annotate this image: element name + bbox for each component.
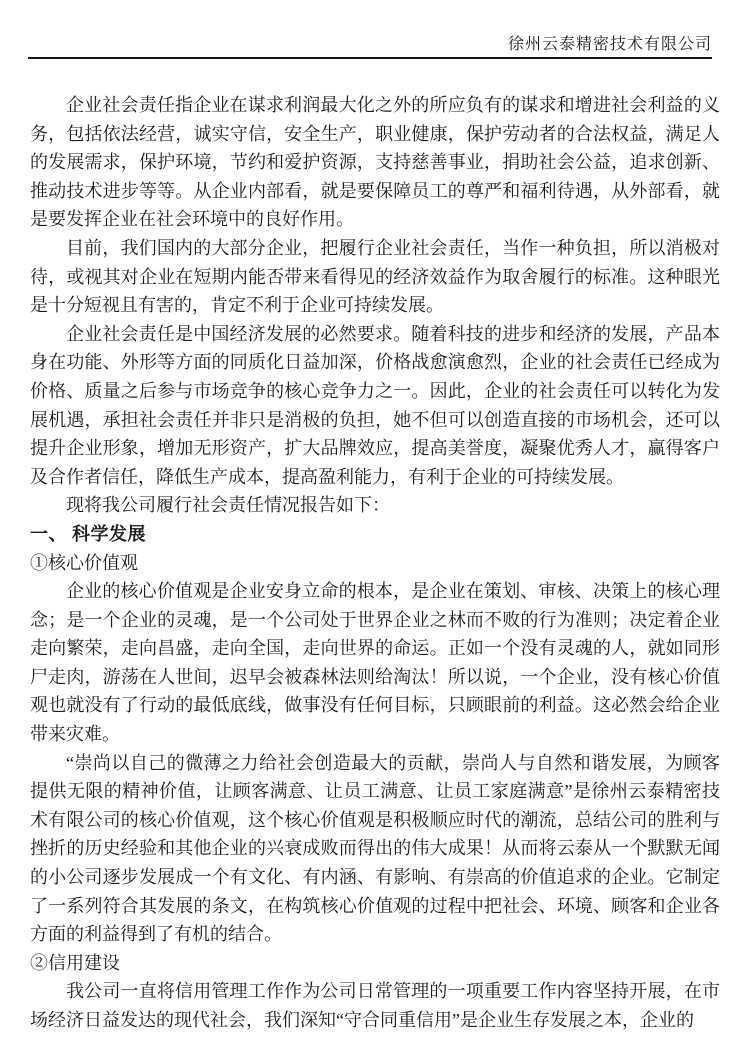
header-company-name: 徐州云泰精密技术有限公司	[508, 36, 712, 53]
subsection-heading-core-values: ①核心价值观	[30, 549, 720, 578]
body-paragraph: 目前，我们国内的大部分企业，把履行企业社会责任，当作一种负担，所以消极对待，或视…	[30, 234, 720, 320]
body-paragraph: “崇尚以自己的微薄之力给社会创造最大的贡献，崇尚人与自然和谐发展，为顾客提供无限…	[30, 749, 720, 949]
body-paragraph: 我公司一直将信用管理工作作为公司日常管理的一项重要工作内容坚持开展，在市场经济日…	[30, 977, 720, 1034]
subsection-heading-credit-building: ②信用建设	[30, 949, 720, 978]
page-header: 徐州云泰精密技术有限公司	[28, 36, 712, 59]
body-paragraph: 企业社会责任指企业在谋求利润最大化之外的所应负有的谋求和增进社会利益的义务，包括…	[30, 91, 720, 234]
section-heading-science-development: 一、 科学发展	[30, 520, 720, 549]
body-paragraph: 现将我公司履行社会责任情况报告如下：	[30, 491, 720, 520]
body-paragraph: 企业的核心价值观是企业安身立命的根本，是企业在策划、审核、决策上的核心理念；是一…	[30, 577, 720, 749]
body-paragraph: 企业社会责任是中国经济发展的必然要求。随着科技的进步和经济的发展，产品本身在功能…	[30, 320, 720, 492]
document-page: 徐州云泰精密技术有限公司 企业社会责任指企业在谋求利润最大化之外的所应负有的谋求…	[0, 0, 750, 1061]
document-body: 企业社会责任指企业在谋求利润最大化之外的所应负有的谋求和增进社会利益的义务，包括…	[30, 91, 720, 1035]
